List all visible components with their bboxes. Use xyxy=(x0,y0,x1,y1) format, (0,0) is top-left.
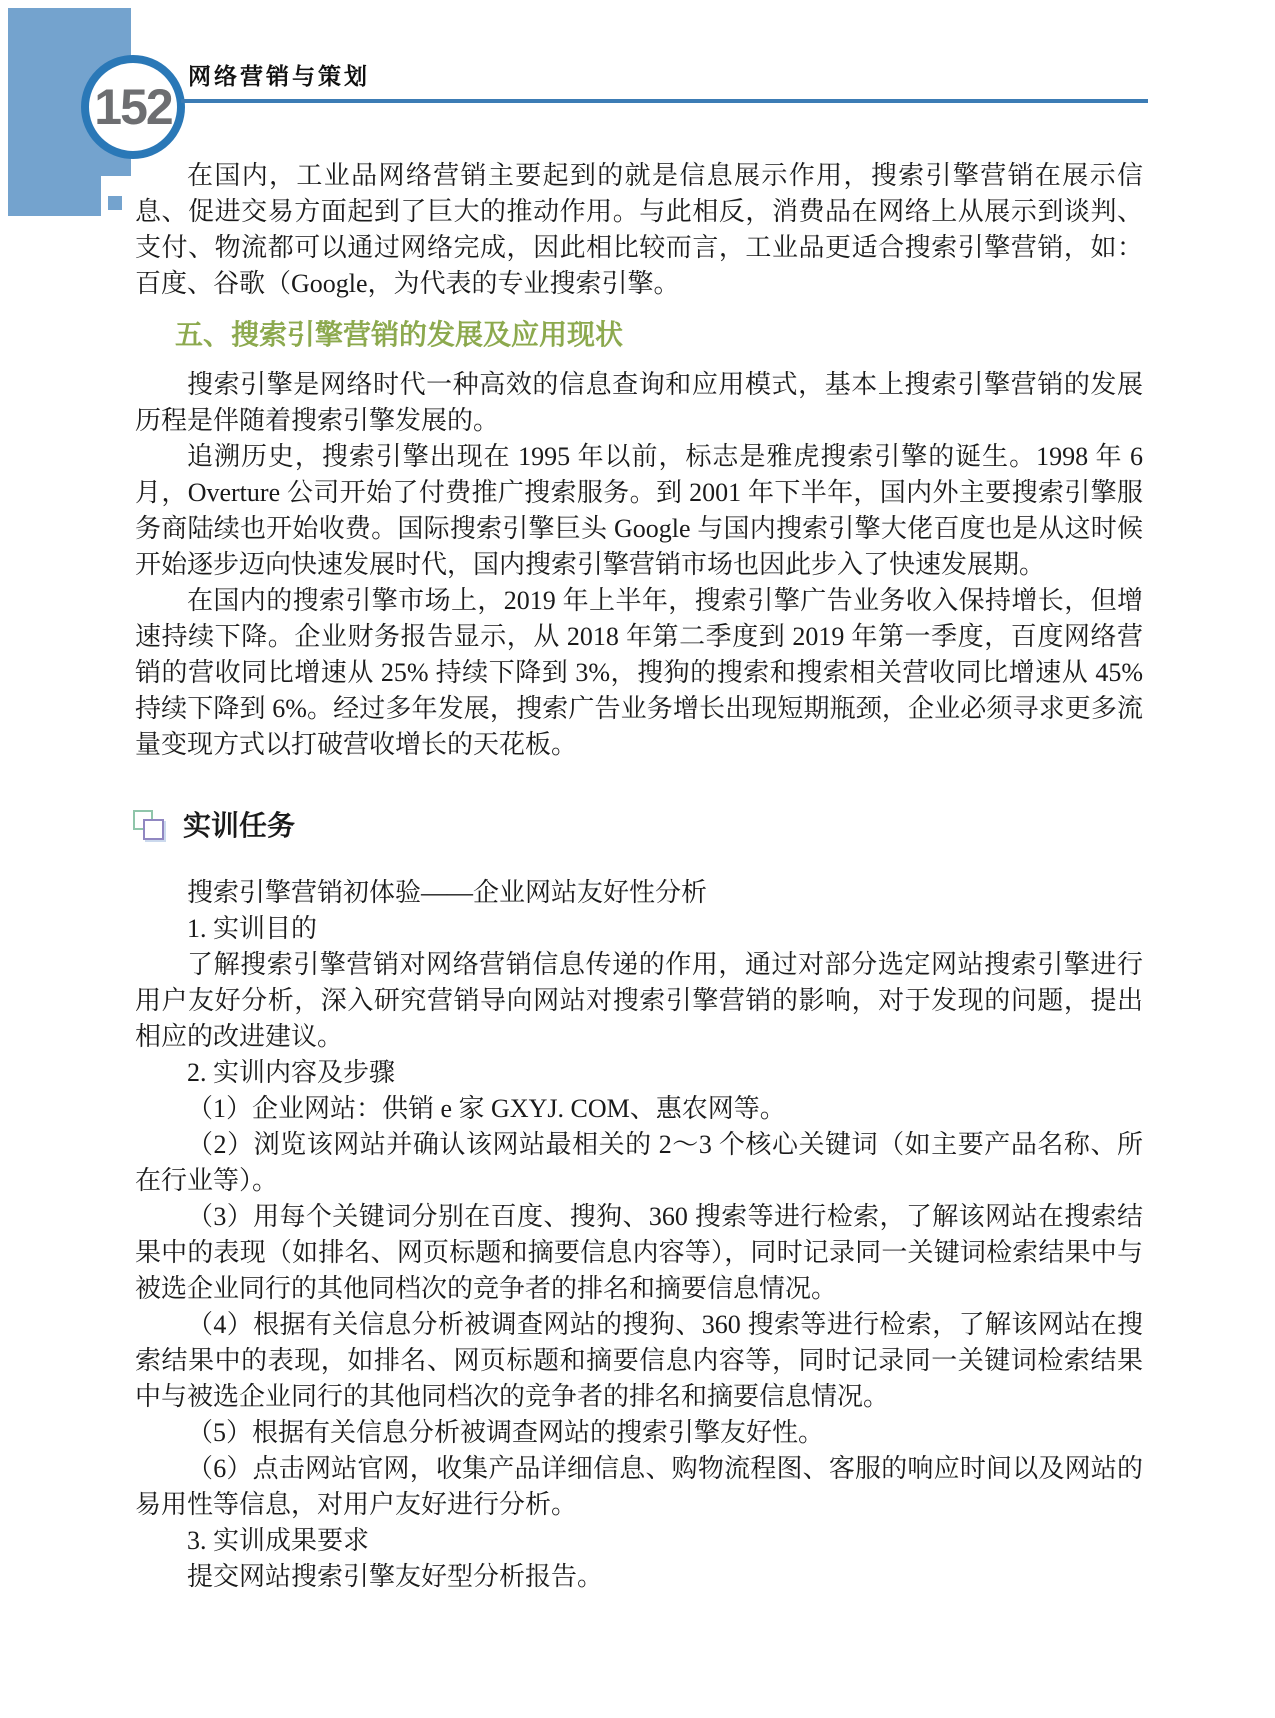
paragraph: 在国内的搜索引擎市场上，2019 年上半年，搜索引擎广告业务收入保持增长，但增速… xyxy=(135,583,1143,763)
training-item: 2. 实训内容及步骤 xyxy=(135,1055,1143,1091)
training-item: （1）企业网站：供销 e 家 GXYJ. COM、惠农网等。 xyxy=(135,1091,1143,1127)
book-title: 网络营销与策划 xyxy=(188,58,370,91)
training-item: 了解搜索引擎营销对网络营销信息传递的作用，通过对部分选定网站搜索引擎进行用户友好… xyxy=(135,947,1143,1055)
paragraph-intro: 在国内，工业品网络营销主要起到的就是信息展示作用，搜索引擎营销在展示信息、促进交… xyxy=(135,158,1143,302)
training-item: 1. 实训目的 xyxy=(135,911,1143,947)
overlapping-squares-icon xyxy=(133,810,167,844)
training-item: （5）根据有关信息分析被调查网站的搜索引擎友好性。 xyxy=(135,1415,1143,1451)
paragraph: 搜索引擎是网络时代一种高效的信息查询和应用模式，基本上搜索引擎营销的发展历程是伴… xyxy=(135,367,1143,439)
training-item: （3）用每个关键词分别在百度、搜狗、360 搜索等进行检索，了解该网站在搜索结果… xyxy=(135,1199,1143,1307)
training-item: （4）根据有关信息分析被调查网站的搜狗、360 搜索等进行检索，了解该网站在搜索… xyxy=(135,1307,1143,1415)
training-item: 搜索引擎营销初体验——企业网站友好性分析 xyxy=(135,875,1143,911)
paragraph: 追溯历史，搜索引擎出现在 1995 年以前，标志是雅虎搜索引擎的诞生。1998 … xyxy=(135,439,1143,583)
training-item: （2）浏览该网站并确认该网站最相关的 2～3 个核心关键词（如主要产品名称、所在… xyxy=(135,1127,1143,1199)
square-front-icon xyxy=(143,819,164,840)
training-tasks-header: 实训任务 xyxy=(133,809,1143,845)
page-number: 152 xyxy=(94,78,171,136)
training-item: 3. 实训成果要求 xyxy=(135,1523,1143,1559)
training-tasks-title: 实训任务 xyxy=(183,809,295,845)
book-page: 152 网络营销与策划 在国内，工业品网络营销主要起到的就是信息展示作用，搜索引… xyxy=(0,0,1275,1718)
header-rule xyxy=(181,99,1148,103)
page-content: 在国内，工业品网络营销主要起到的就是信息展示作用，搜索引擎营销在展示信息、促进交… xyxy=(135,158,1143,1595)
section-heading: 五、搜索引擎营销的发展及应用现状 xyxy=(175,317,1143,353)
training-item: （6）点击网站官网，收集产品详细信息、购物流程图、客服的响应时间以及网站的易用性… xyxy=(135,1451,1143,1523)
corner-decoration-rect-lower xyxy=(8,176,101,216)
page-number-badge: 152 xyxy=(81,55,185,159)
corner-decoration-square xyxy=(108,196,122,210)
training-item: 提交网站搜索引擎友好型分析报告。 xyxy=(135,1559,1143,1595)
